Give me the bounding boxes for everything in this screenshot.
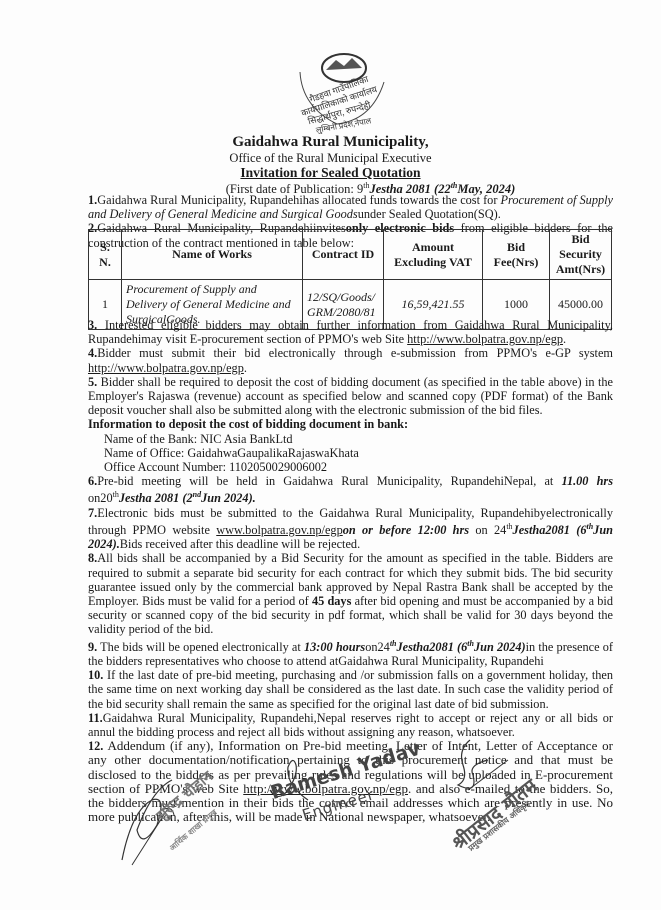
municipality-emblem-icon: गैडहवा गाउँपालिका कार्यपालिकाको कार्यालय… — [292, 52, 390, 134]
col-sn: S. N. — [89, 230, 122, 280]
notice-page: गैडहवा गाउँपालिका कार्यपालिकाको कार्यालय… — [0, 0, 661, 910]
bank-office: Name of Office: GaidahwaGaupalikaRajaswa… — [88, 446, 613, 460]
office-name: Office of the Rural Municipal Executive — [0, 151, 661, 166]
col-bid-security: Bid Security Amt(Nrs) — [550, 230, 612, 280]
bank-name: Name of the Bank: NIC Asia BankLtd — [88, 432, 613, 446]
municipality-title: Gaidahwa Rural Municipality, — [0, 134, 661, 151]
signature-scribble-icon — [112, 770, 242, 870]
col-name-of-works: Name of Works — [122, 230, 303, 280]
col-bid-fee: Bid Fee(Nrs) — [483, 230, 550, 280]
bolpatra-link-3[interactable]: www.bolpatra.gov.np/egp — [216, 523, 342, 537]
table-header-row: S. N. Name of Works Contract ID Amount E… — [89, 230, 612, 280]
notice-title: Invitation for Sealed Quotation — [0, 165, 661, 181]
col-contract-id: Contract ID — [303, 230, 384, 280]
signature-left: सुरेन्द्र चौहान आर्थिक शाखा प्रमुख — [112, 770, 242, 870]
signature-right: श्रीप्रसाद गौतम प्रमुख प्रशासकीय अधिकृत — [418, 735, 588, 845]
bolpatra-link-2[interactable]: http://www.bolpatra.gov.np/egp — [88, 361, 244, 375]
bank-account: Office Account Number: 1102050029006002 — [88, 460, 613, 474]
bank-info-heading: Information to deposit the cost of biddi… — [88, 417, 408, 431]
signature-middle: Ramesh Yadav Engineer — [258, 755, 428, 835]
col-amount: Amount Excluding VAT — [384, 230, 483, 280]
bolpatra-link-1[interactable]: http://www.bolpatra.gov.np/egp — [407, 332, 563, 346]
works-table: S. N. Name of Works Contract ID Amount E… — [88, 229, 612, 330]
